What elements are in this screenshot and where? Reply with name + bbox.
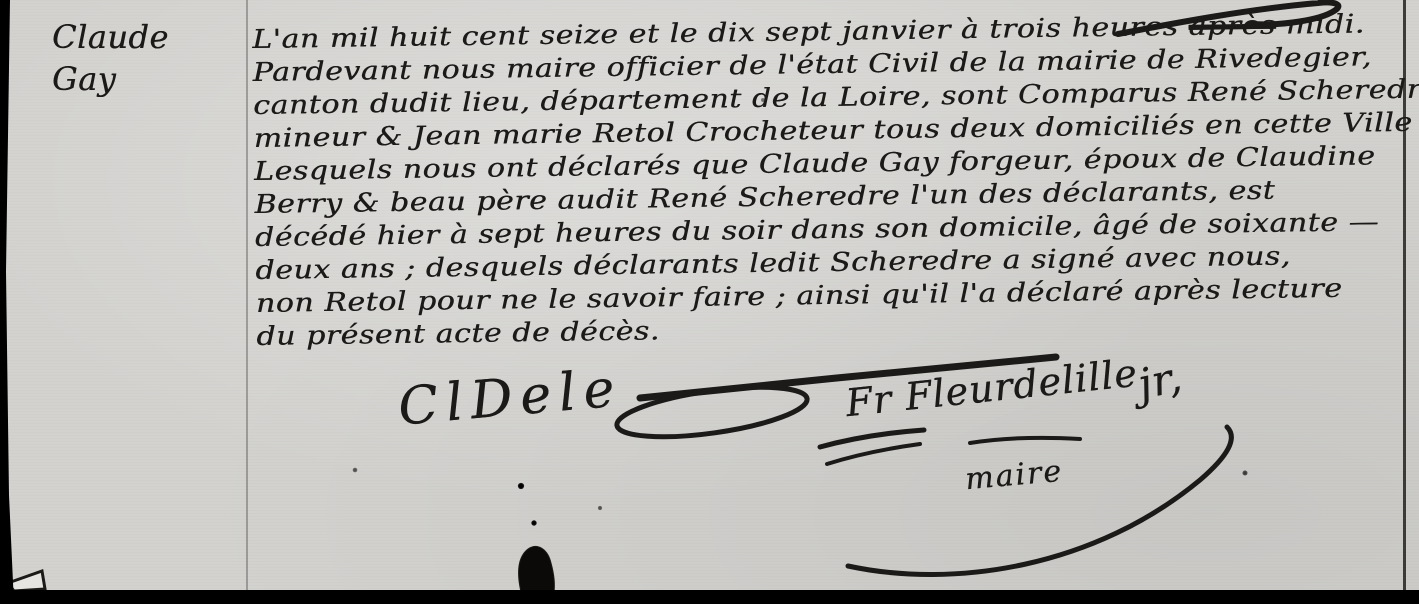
signature-underline-1 — [820, 430, 924, 447]
margin-name-line1: Claude — [52, 16, 169, 58]
paper-speck — [1243, 471, 1247, 475]
declarant-signature: ClDele — [396, 358, 625, 437]
margin-deceased-name: Claude Gay — [52, 16, 169, 100]
ink-speck — [532, 521, 536, 525]
scan-bottom-bar — [0, 590, 1419, 604]
act-text-block: L'an mil huit cent seize et le dix sept … — [252, 7, 1419, 354]
paper-speck — [598, 506, 601, 509]
ink-blob — [519, 546, 555, 592]
mayor-signature-paraph: jr, — [1133, 352, 1186, 409]
signature-underline-2 — [827, 444, 920, 464]
scanned-register-page: Claude Gay L'an mil huit cent seize et l… — [0, 0, 1419, 604]
signature-underline-3 — [970, 438, 1080, 443]
act-line1-post: midi. — [1275, 9, 1364, 40]
margin-name-line2: Gay — [52, 58, 169, 100]
scan-left-edge — [0, 0, 14, 604]
mayor-paraph-swoosh — [848, 427, 1231, 575]
mayor-title: maire — [964, 454, 1065, 497]
margin-rule-line — [246, 0, 248, 591]
signature-oval-flourish — [614, 378, 810, 446]
paper-speck — [353, 468, 357, 472]
mayor-signature: Fr Fleurdelille — [844, 351, 1140, 425]
corner-page-turn-arrow — [8, 571, 45, 591]
ink-speck — [518, 483, 523, 488]
act-line1-struck-word: après — [1188, 11, 1276, 42]
